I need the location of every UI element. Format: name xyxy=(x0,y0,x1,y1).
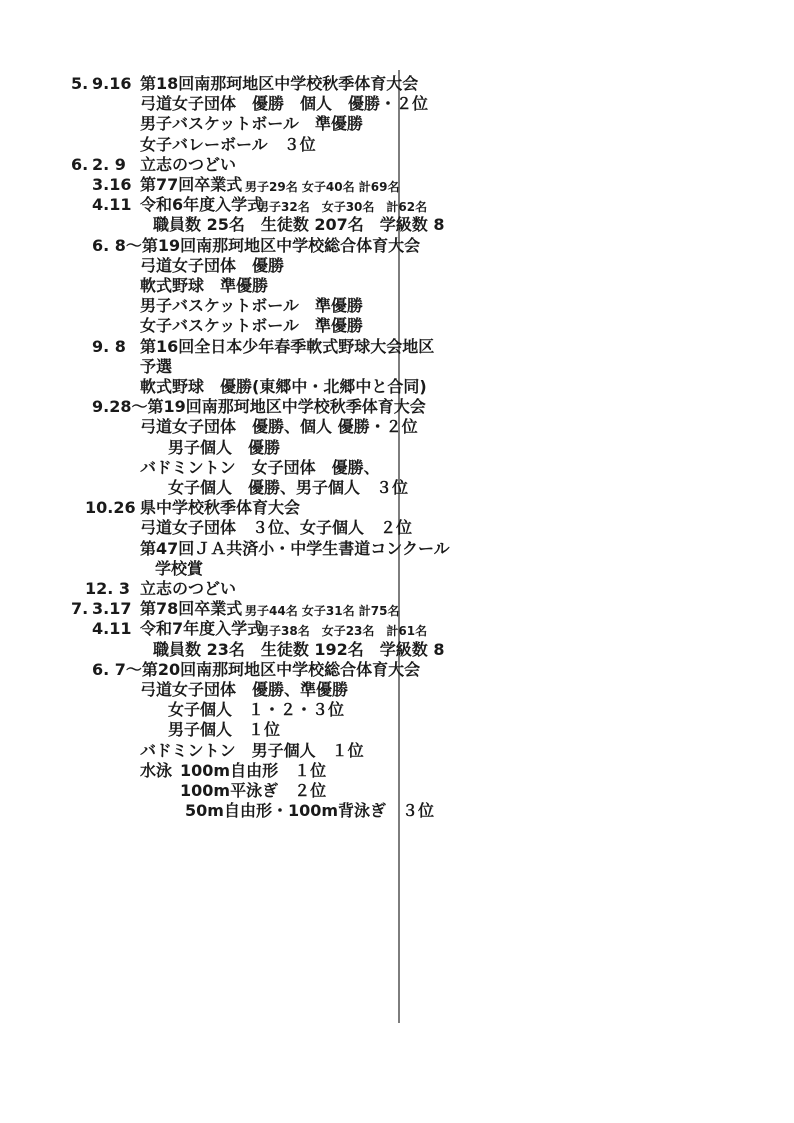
text-segment: 第16回全日本少年春季軟式野球大会地区 xyxy=(140,337,434,357)
text-segment: 弓道女子団体 優勝 個人 優勝・２位 xyxy=(140,94,428,114)
document-page: 5.9.16第18回南那珂地区中学校秋季体育大会弓道女子団体 優勝 個人 優勝・… xyxy=(0,0,794,1123)
text-segment: 6. xyxy=(71,155,88,175)
text-segment: 弓道女子団体 優勝 xyxy=(140,256,284,276)
text-segment: 男子バスケットボール 準優勝 xyxy=(140,114,363,134)
text-segment: 弓道女子団体 ３位、女子個人 ２位 xyxy=(140,518,412,538)
text-line: バドミントン 女子団体 優勝、 xyxy=(0,458,794,479)
text-line: 3.16第77回卒業式男子29名 女子40名 計69名 xyxy=(0,175,794,196)
text-line: 第47回ＪＡ共済小・中学生書道コンクール xyxy=(0,539,794,560)
text-line: 100m平泳ぎ ２位 xyxy=(0,781,794,802)
text-line: バドミントン 男子個人 １位 xyxy=(0,741,794,762)
text-segment: 5. xyxy=(71,74,88,94)
text-segment: 4.11 xyxy=(92,195,131,215)
text-line: 男子バスケットボール 準優勝 xyxy=(0,114,794,135)
text-line: 弓道女子団体 優勝 個人 優勝・２位 xyxy=(0,94,794,115)
text-line: 男子バスケットボール 準優勝 xyxy=(0,296,794,317)
text-segment: 第47回ＪＡ共済小・中学生書道コンクール xyxy=(140,539,450,559)
text-segment: 9. 8 xyxy=(92,337,126,357)
text-segment: 女子個人 １・２・３位 xyxy=(168,700,344,720)
enrollment-detail-text: 男子44名 女子31名 計75名 xyxy=(245,601,399,621)
text-segment: 軟式野球 準優勝 xyxy=(140,276,268,296)
text-segment: 令和7年度入学式 xyxy=(140,619,263,639)
text-line: 9. 8第16回全日本少年春季軟式野球大会地区 xyxy=(0,337,794,358)
text-segment: 7. xyxy=(71,599,88,619)
text-line: 予選 xyxy=(0,357,794,378)
text-segment: バドミントン 女子団体 優勝、 xyxy=(140,458,380,478)
text-line: 弓道女子団体 優勝、個人 優勝・２位 xyxy=(0,417,794,438)
text-segment: 2. 9 xyxy=(92,155,126,175)
text-segment: 第78回卒業式 xyxy=(140,599,242,619)
text-line: 軟式野球 優勝(東郷中・北郷中と合同) xyxy=(0,377,794,398)
text-segment: 100m自由形 １位 xyxy=(180,761,326,781)
text-segment: 職員数 25名 生徒数 207名 学級数 8 xyxy=(153,215,445,235)
text-line: 女子バスケットボール 準優勝 xyxy=(0,316,794,337)
text-segment: 50m自由形・100m背泳ぎ ３位 xyxy=(185,801,434,821)
text-segment: 第77回卒業式 xyxy=(140,175,242,195)
text-line: 女子個人 １・２・３位 xyxy=(0,700,794,721)
text-segment: 学校賞 xyxy=(155,559,203,579)
text-line: 女子バレーボール ３位 xyxy=(0,135,794,156)
text-segment: 4.11 xyxy=(92,619,131,639)
text-segment: 水泳 xyxy=(140,761,172,781)
text-line: 12. 3立志のつどい xyxy=(0,579,794,600)
text-segment: 100m平泳ぎ ２位 xyxy=(180,781,326,801)
text-line: 10.26県中学校秋季体育大会 xyxy=(0,498,794,519)
text-segment: 3.17 xyxy=(92,599,131,619)
text-segment: 12. 3 xyxy=(85,579,130,599)
text-line: 女子個人 優勝、男子個人 ３位 xyxy=(0,478,794,499)
text-line: 弓道女子団体 優勝 xyxy=(0,256,794,277)
text-segment: バドミントン 男子個人 １位 xyxy=(140,741,364,761)
text-segment: 予選 xyxy=(140,357,172,377)
text-segment: 県中学校秋季体育大会 xyxy=(140,498,300,518)
text-segment: 弓道女子団体 優勝、準優勝 xyxy=(140,680,348,700)
text-segment: 職員数 23名 生徒数 192名 学級数 8 xyxy=(153,640,445,660)
text-line: 5.9.16第18回南那珂地区中学校秋季体育大会 xyxy=(0,74,794,95)
text-line: 男子個人 優勝 xyxy=(0,438,794,459)
text-line: 9.28～第19回南那珂地区中学校秋季体育大会 xyxy=(0,397,794,418)
text-segment: 9.28～第19回南那珂地区中学校秋季体育大会 xyxy=(92,397,426,417)
text-segment: 弓道女子団体 優勝、個人 優勝・２位 xyxy=(140,417,418,437)
text-line: 弓道女子団体 ３位、女子個人 ２位 xyxy=(0,518,794,539)
text-segment: 女子バレーボール ３位 xyxy=(140,135,316,155)
text-line: 6. 7～第20回南那珂地区中学校総合体育大会 xyxy=(0,660,794,681)
text-segment: 9.16 xyxy=(92,74,131,94)
text-segment: 第18回南那珂地区中学校秋季体育大会 xyxy=(140,74,418,94)
enrollment-detail-text: 男子32名 女子30名 計62名 xyxy=(257,197,427,217)
text-segment: 男子個人 １位 xyxy=(168,720,280,740)
text-segment: 軟式野球 優勝(東郷中・北郷中と合同) xyxy=(140,377,427,397)
text-segment: 男子個人 優勝 xyxy=(168,438,280,458)
text-segment: 女子バスケットボール 準優勝 xyxy=(140,316,363,336)
enrollment-detail-text: 男子29名 女子40名 計69名 xyxy=(245,177,399,197)
text-line: 50m自由形・100m背泳ぎ ３位 xyxy=(0,801,794,822)
text-line: 4.11令和6年度入学式男子32名 女子30名 計62名 xyxy=(0,195,794,216)
text-segment: 女子個人 優勝、男子個人 ３位 xyxy=(168,478,408,498)
text-segment: 6. 8～第19回南那珂地区中学校総合体育大会 xyxy=(92,236,420,256)
text-segment: 6. 7～第20回南那珂地区中学校総合体育大会 xyxy=(92,660,420,680)
enrollment-detail-text: 男子38名 女子23名 計61名 xyxy=(257,621,427,641)
text-line: 6. 8～第19回南那珂地区中学校総合体育大会 xyxy=(0,236,794,257)
text-segment: 立志のつどい xyxy=(140,155,236,175)
text-segment: 立志のつどい xyxy=(140,579,236,599)
text-line: 弓道女子団体 優勝、準優勝 xyxy=(0,680,794,701)
text-line: 軟式野球 準優勝 xyxy=(0,276,794,297)
text-segment: 令和6年度入学式 xyxy=(140,195,263,215)
text-segment: 3.16 xyxy=(92,175,131,195)
text-line: 4.11令和7年度入学式男子38名 女子23名 計61名 xyxy=(0,619,794,640)
text-line: 男子個人 １位 xyxy=(0,720,794,741)
text-segment: 男子バスケットボール 準優勝 xyxy=(140,296,363,316)
text-line: 水泳100m自由形 １位 xyxy=(0,761,794,782)
text-line: 6.2. 9立志のつどい xyxy=(0,155,794,176)
text-line: 7.3.17第78回卒業式男子44名 女子31名 計75名 xyxy=(0,599,794,620)
text-line: 職員数 25名 生徒数 207名 学級数 8 xyxy=(0,215,794,236)
text-line: 職員数 23名 生徒数 192名 学級数 8 xyxy=(0,640,794,661)
text-line: 学校賞 xyxy=(0,559,794,580)
text-segment: 10.26 xyxy=(85,498,136,518)
